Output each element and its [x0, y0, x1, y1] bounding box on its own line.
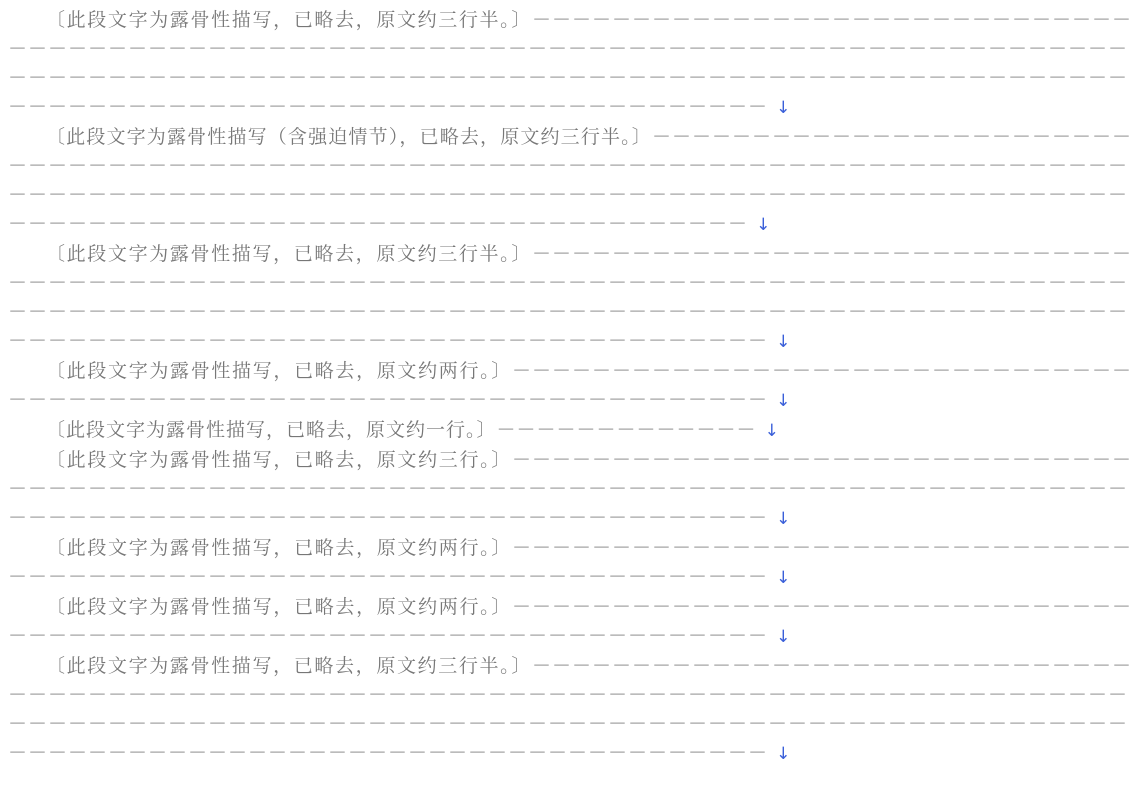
- paragraph-mark-icon: ↓: [776, 627, 790, 647]
- paragraph-text: 〔此段文字为露骨性描写，已略去，原文约两行。〕－－－－－－－－－－－－－－－－－…: [8, 596, 1132, 647]
- paragraph: 〔此段文字为露骨性描写，已略去，原文约三行半。〕－－－－－－－－－－－－－－－－…: [8, 240, 1132, 357]
- paragraph-text: 〔此段文字为露骨性描写，已略去，原文约一行。〕－－－－－－－－－－－－－: [46, 419, 757, 441]
- paragraph-text: 〔此段文字为露骨性描写，已略去，原文约三行半。〕－－－－－－－－－－－－－－－－…: [8, 655, 1132, 764]
- paragraph: 〔此段文字为露骨性描写，已略去，原文约三行半。〕－－－－－－－－－－－－－－－－…: [8, 6, 1132, 123]
- paragraph-mark-icon: ↓: [776, 98, 790, 118]
- paragraph-mark-icon: ↓: [756, 215, 770, 235]
- document-page: 〔此段文字为露骨性描写，已略去，原文约三行半。〕－－－－－－－－－－－－－－－－…: [0, 0, 1142, 798]
- paragraph-mark-icon: ↓: [776, 509, 790, 529]
- paragraph: 〔此段文字为露骨性描写，已略去，原文约三行。〕－－－－－－－－－－－－－－－－－…: [8, 446, 1132, 534]
- paragraph-mark-icon: ↓: [765, 421, 779, 441]
- paragraph-mark-icon: ↓: [776, 391, 790, 411]
- paragraph: 〔此段文字为露骨性描写，已略去，原文约两行。〕－－－－－－－－－－－－－－－－－…: [8, 534, 1132, 593]
- paragraph-text: 〔此段文字为露骨性描写，已略去，原文约两行。〕－－－－－－－－－－－－－－－－－…: [8, 537, 1132, 588]
- paragraph-text: 〔此段文字为露骨性描写（含强迫情节），已略去，原文约三行半。〕－－－－－－－－－…: [8, 126, 1132, 235]
- paragraph-text: 〔此段文字为露骨性描写，已略去，原文约三行。〕－－－－－－－－－－－－－－－－－…: [8, 449, 1132, 529]
- paragraph-mark-icon: ↓: [776, 332, 790, 352]
- paragraph: 〔此段文字为露骨性描写，已略去，原文约两行。〕－－－－－－－－－－－－－－－－－…: [8, 593, 1132, 652]
- paragraph: 〔此段文字为露骨性描写，已略去，原文约三行半。〕－－－－－－－－－－－－－－－－…: [8, 652, 1132, 769]
- paragraph: 〔此段文字为露骨性描写（含强迫情节），已略去，原文约三行半。〕－－－－－－－－－…: [8, 123, 1132, 240]
- paragraph-mark-icon: ↓: [776, 744, 790, 764]
- paragraph-text: 〔此段文字为露骨性描写，已略去，原文约三行半。〕－－－－－－－－－－－－－－－－…: [8, 9, 1132, 118]
- paragraph: 〔此段文字为露骨性描写，已略去，原文约两行。〕－－－－－－－－－－－－－－－－－…: [8, 357, 1132, 416]
- paragraph-text: 〔此段文字为露骨性描写，已略去，原文约两行。〕－－－－－－－－－－－－－－－－－…: [8, 360, 1132, 411]
- paragraph: 〔此段文字为露骨性描写，已略去，原文约一行。〕－－－－－－－－－－－－－ ↓: [8, 416, 1132, 446]
- paragraph-mark-icon: ↓: [776, 568, 790, 588]
- paragraph-text: 〔此段文字为露骨性描写，已略去，原文约三行半。〕－－－－－－－－－－－－－－－－…: [8, 243, 1132, 352]
